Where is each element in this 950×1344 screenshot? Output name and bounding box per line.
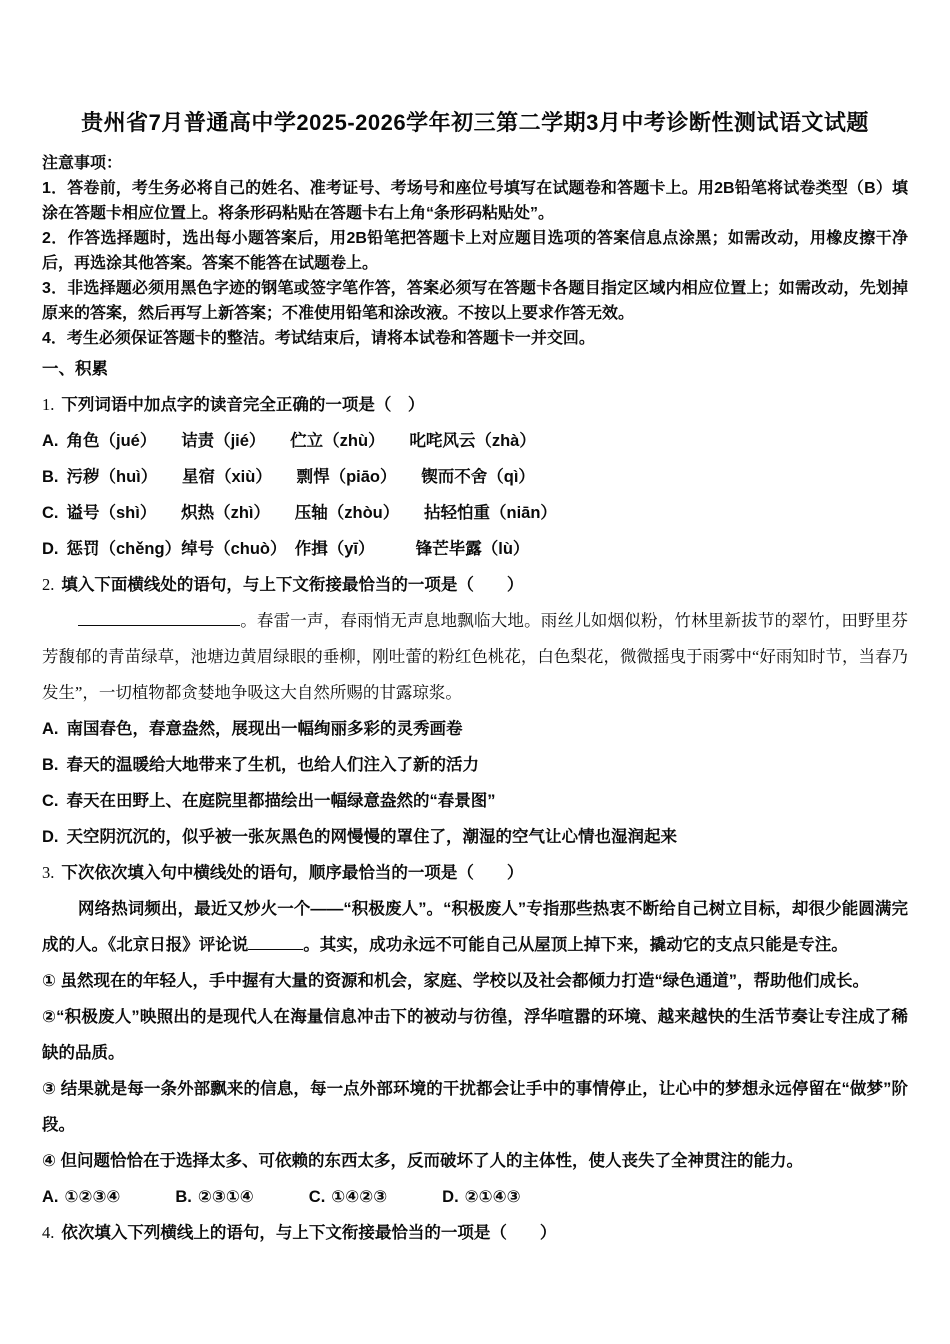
- q1-stem: 1.下列词语中加点字的读音完全正确的一项是（ ）: [42, 387, 908, 423]
- q3-item-3: ③ 结果就是每一条外部飘来的信息，每一点外部环境的干扰都会让手中的事情停止，让心…: [42, 1071, 908, 1143]
- q4-stem-text: 依次填入下列横线上的语句，与上下文衔接最恰当的一项是（ ）: [61, 1224, 556, 1242]
- notice-section: 注意事项： 1．答卷前，考生务必将自己的姓名、准考证号、考场号和座位号填写在试题…: [42, 151, 908, 351]
- notice-item: 2．作答选择题时，选出每小题答案后，用2B铅笔把答题卡上对应题目选项的答案信息点…: [42, 226, 908, 276]
- q3-answer-d: ②①④③: [465, 1188, 521, 1206]
- questions-body: 一、积累 1.下列词语中加点字的读音完全正确的一项是（ ） A.角色（jué） …: [42, 351, 908, 1251]
- q2-passage: 。春雷一声，春雨悄无声息地飘临大地。雨丝儿如烟似粉，竹林里新拔节的翠竹，田野里芬…: [42, 603, 908, 711]
- q2-stem: 2.填入下面横线处的语句，与上下文衔接最恰当的一项是（ ）: [42, 567, 908, 603]
- section-heading: 一、积累: [42, 351, 908, 387]
- q2-option-d: D.天空阴沉沉的，似乎被一张灰黑色的网慢慢的罩住了，潮湿的空气让心情也湿润起来: [42, 819, 908, 855]
- q3-stem-text: 下次依次填入句中横线处的语句，顺序最恰当的一项是（ ）: [61, 864, 523, 882]
- notice-item: 3．非选择题必须用黑色字迹的钢笔或签字笔作答，答案必须写在答题卡各题目指定区域内…: [42, 276, 908, 326]
- q3-answer-options: A.①②③④B.②③①④C.①④②③D.②①④③: [42, 1179, 908, 1215]
- q2-option-c: C.春天在田野上、在庭院里都描绘出一幅绿意盎然的“春景图”: [42, 783, 908, 819]
- q3-item-2: ②“积极废人”映照出的是现代人在海量信息冲击下的被动与彷徨，浮华喧嚣的环境、越来…: [42, 999, 908, 1071]
- notice-item: 1．答卷前，考生务必将自己的姓名、准考证号、考场号和座位号填写在试题卷和答题卡上…: [42, 176, 908, 226]
- q1-number: 1.: [42, 395, 54, 414]
- q1-option-a: A.角色（jué） 诘责（jié） 伫立（zhù） 叱咤风云（zhà）: [42, 423, 908, 459]
- q3-answer-c: ①④②③: [331, 1188, 387, 1206]
- notice-heading: 注意事项：: [42, 151, 908, 176]
- q3-answer-a: ①②③④: [65, 1188, 121, 1206]
- q2-number: 2.: [42, 575, 54, 594]
- q3-item-1: ① 虽然现在的年轻人，手中握有大量的资源和机会，家庭、学校以及社会都倾力打造“绿…: [42, 963, 908, 999]
- q1-stem-text: 下列词语中加点字的读音完全正确的一项是（ ）: [61, 396, 424, 414]
- blank-underline: [248, 935, 303, 950]
- q3-passage: 网络热词频出，最近又炒火一个——“积极废人”。“积极废人”专指那些热衷不断给自己…: [42, 891, 908, 963]
- q1-option-c: C.谥号（shì） 炽热（zhì） 压轴（zhòu） 拈轻怕重（niān）: [42, 495, 908, 531]
- q3-stem: 3.下次依次填入句中横线处的语句，顺序最恰当的一项是（ ）: [42, 855, 908, 891]
- q4-number: 4.: [42, 1223, 54, 1242]
- q3-item-4: ④ 但问题恰恰在于选择太多、可依赖的东西太多，反而破坏了人的主体性，使人丧失了全…: [42, 1143, 908, 1179]
- q2-option-b: B.春天的温暖给大地带来了生机，也给人们注入了新的活力: [42, 747, 908, 783]
- q2-option-a: A.南国春色，春意盎然，展现出一幅绚丽多彩的灵秀画卷: [42, 711, 908, 747]
- q1-option-b: B.污秽（huì） 星宿（xiù） 剽悍（piāo） 锲而不舍（qì）: [42, 459, 908, 495]
- document-page: 贵州省7月普通高中学2025-2026学年初三第二学期3月中考诊断性测试语文试题…: [0, 0, 950, 1344]
- q3-number: 3.: [42, 863, 54, 882]
- q3-answer-b: ②③①④: [198, 1188, 254, 1206]
- q4-stem: 4.依次填入下列横线上的语句，与上下文衔接最恰当的一项是（ ）: [42, 1215, 908, 1251]
- notice-item: 4．考生必须保证答题卡的整洁。考试结束后，请将本试卷和答题卡一并交回。: [42, 326, 908, 351]
- blank-underline: [78, 611, 240, 626]
- q1-option-d: D.惩罚（chěng）绰号（chuò） 作揖（yī） 锋芒毕露（lù）: [42, 531, 908, 567]
- q2-stem-text: 填入下面横线处的语句，与上下文衔接最恰当的一项是（ ）: [61, 576, 523, 594]
- page-title: 贵州省7月普通高中学2025-2026学年初三第二学期3月中考诊断性测试语文试题: [42, 108, 908, 138]
